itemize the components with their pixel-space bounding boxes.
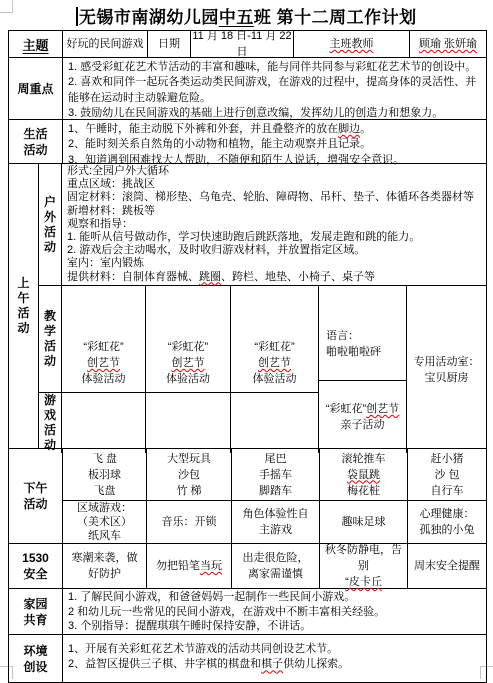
- environment-content[interactable]: 1、开展有关彩虹花艺术节游戏的活动共同创设艺术节。 2、益智区提供三子棋、井字棋…: [63, 635, 486, 682]
- safety-label: 1530安全: [22, 550, 49, 582]
- week-focus-line: 2. 喜欢和同伴一起玩各类运动类民间游戏，在游戏的过程中，提高身体的灵活性、并能…: [68, 75, 481, 106]
- activity-line: “彩虹花”: [254, 339, 294, 355]
- environment-label-line: 创设: [23, 659, 47, 675]
- afternoon-block: 下午活动 飞 盘 板羽球 飞盘 大型玩具 沙包 竹 梯 尾巴: [9, 449, 486, 544]
- outdoor-line: 新增材料：跳板等: [67, 205, 481, 218]
- text-cursor: [76, 7, 78, 26]
- teacher-names-cell[interactable]: 顾瑜 张妍瑜: [410, 31, 486, 57]
- outdoor-line9-wavy: 跳圈: [199, 271, 221, 283]
- activity-line: 纸风车: [88, 529, 121, 543]
- title-class-underlined: 中五: [219, 8, 254, 27]
- activity-line: 创艺节: [258, 355, 291, 371]
- life-label: 生活活动: [22, 126, 50, 158]
- equipment-item: 沙包: [178, 467, 200, 483]
- teaching-game-block: 教学活动 游戏活动 “彩虹花” 创艺节 体验活动: [39, 286, 486, 453]
- equipment-item: 脚踏车: [259, 483, 292, 499]
- afternoon-label-line: 下午: [23, 480, 47, 496]
- teaching-monday-cell[interactable]: “彩虹花” 创艺节 体验活动: [62, 286, 145, 393]
- parent-activity-wavy: 创艺节: [366, 403, 399, 415]
- activity-line: （美术区）: [77, 515, 132, 529]
- environment-row: 环境创设 1、开展有关彩虹花艺术节游戏的活动共同创设艺术节。 2、益智区提供三子…: [9, 635, 486, 682]
- activity-line: “彩虹花”: [168, 339, 208, 355]
- header-row: 主题 好玩的民间游戏 日期 11 月 18 日-11 月 22 日 主班教师 顾…: [9, 31, 486, 58]
- afternoon-label: 下午活动: [23, 480, 47, 512]
- home-row: 家园共育 1. 了解民间小游戏，和爸爸妈妈一起制作一些民间小游戏。 2 和幼儿玩…: [9, 589, 486, 635]
- safety-topic-wavy: 当玩: [200, 560, 222, 572]
- afternoon-r1-col1[interactable]: 飞 盘 板羽球 飞盘: [63, 449, 147, 500]
- afternoon-row2: 区域游戏： （美术区） 纸风车 音乐：开锁 角色体验性自主游戏 趣味足球 心理健…: [63, 501, 486, 543]
- equipment-item: 袋鼠跳: [347, 467, 380, 483]
- work-plan-table: 主题 好玩的民间游戏 日期 11 月 18 日-11 月 22 日 主班教师 顾…: [8, 30, 487, 683]
- outdoor-line: 固定材料：滚筒、梯形垫、乌龟壳、轮胎、障碍物、吊杆、垫子、体循环各类器材等: [67, 191, 481, 204]
- life-row: 生活活动 1、午睡时，能主动脱下外裤和外套，并且叠整齐的放在脚边。 2、能时刻关…: [9, 120, 486, 164]
- safety-topic-pre: 勿把铅笔: [156, 560, 200, 572]
- life-line1-pre: 1、午睡时，能主动脱下外裤和外套，并且叠整齐的放在: [68, 123, 338, 135]
- activity-line: 角色体验性自主游戏: [240, 506, 311, 538]
- equipment-item: 竹 梯: [176, 483, 201, 499]
- home-line: 2 和幼儿玩一些常见的民间小游戏，在游戏中不断丰富相关经验。: [68, 605, 481, 620]
- safety-col5[interactable]: 周末安全提醒: [408, 544, 486, 588]
- safety-topic: 出走很危险，离家需谨慎: [240, 550, 311, 582]
- equipment-item: 大型玩具: [167, 451, 211, 467]
- special-room-line: 专用活动室：: [414, 354, 480, 370]
- equipment-item: 板羽球: [88, 467, 121, 483]
- activity-line: 音乐：开锁: [162, 514, 217, 530]
- activity-line: 体验活动: [82, 371, 126, 387]
- afternoon-r2-col1[interactable]: 区域游戏： （美术区） 纸风车: [63, 501, 147, 543]
- game-tuesday-cell[interactable]: [146, 393, 230, 453]
- activity-line: 体验活动: [166, 371, 210, 387]
- afternoon-r1-col2[interactable]: 大型玩具 沙包 竹 梯: [147, 449, 232, 500]
- equipment-item: 沙 包: [434, 467, 459, 483]
- environment-label-line: 环境: [23, 643, 47, 659]
- week-focus-line: 1. 感受彩虹花艺术节活动的丰富和趣味，能与同伴共同参与彩虹花艺术节的创设中。: [68, 60, 481, 75]
- game-wednesday-cell[interactable]: [231, 393, 318, 453]
- outdoor-line: 1. 能听从信号做动作，学习快速助跑后跳跃落地，发展走跑和跳的能力。: [67, 231, 481, 244]
- life-line1-post: 。: [360, 123, 371, 135]
- equipment-item: 梅花桩: [347, 483, 380, 499]
- language-label: 语言：: [326, 328, 406, 344]
- teacher-label: 主班教师: [330, 36, 374, 52]
- home-content[interactable]: 1. 了解民间小游戏，和爸爸妈妈一起制作一些民间小游戏。 2 和幼儿玩一些常见的…: [63, 589, 486, 634]
- outdoor-line: 提供材料：自制体育器械、跳圈、跨栏、地垫、小椅子、桌子等: [67, 271, 481, 284]
- environment-line2-pre: 2、益智区提供三子棋、井字棋的棋盘和: [68, 658, 261, 670]
- parent-activity-line: “彩虹花”创艺节: [326, 401, 399, 417]
- home-label-cell[interactable]: 家园共育: [9, 589, 63, 634]
- language-activity: 啪啦啪啦砰: [326, 344, 406, 360]
- outdoor-line: 形式:全园户外大循环: [67, 165, 481, 178]
- parent-activity-pre: “彩虹花”: [326, 403, 366, 415]
- week-focus-label: 周重点: [17, 80, 53, 97]
- theme-label: 主题: [22, 35, 48, 54]
- outdoor-row: 户外活动 形式:全园户外大循环 重点区域：挑战区 固定材料：滚筒、梯形垫、乌龟壳…: [39, 164, 486, 286]
- teaching-language-cell[interactable]: 语言： 啪啦啪啦砰: [319, 286, 406, 381]
- week-focus-row: 周重点 1. 感受彩虹花艺术节活动的丰富和趣味，能与同伴共同参与彩虹花艺术节的创…: [9, 58, 486, 120]
- title-post: 班 第十二周工作计划: [254, 8, 417, 27]
- date-value: 11 月 18 日-11 月 22 日: [191, 28, 293, 60]
- safety-topic: 周末安全提醒: [414, 558, 480, 574]
- safety-label-line: 安全: [23, 566, 47, 582]
- afternoon-r1-col5[interactable]: 赶小猪 沙 包 自行车: [408, 449, 486, 500]
- afternoon-r2-col3[interactable]: 角色体验性自主游戏: [232, 501, 320, 543]
- outdoor-label: 户外活动: [44, 195, 57, 255]
- equipment-item: 滚轮推车: [342, 451, 386, 467]
- date-label-cell[interactable]: 日期: [148, 31, 191, 57]
- environment-label: 环境创设: [23, 643, 47, 675]
- life-label-cell[interactable]: 生活活动: [9, 120, 63, 163]
- activity-line: 创艺节: [172, 355, 205, 371]
- document-page: 无锡市南湖幼儿园中五班 第十二周工作计划 主题 好玩的民间游戏 日期 11 月 …: [0, 0, 493, 683]
- game-parent-activity-cell[interactable]: “彩虹花”创艺节 亲子活动: [319, 381, 406, 453]
- environment-label-cell[interactable]: 环境创设: [9, 635, 63, 682]
- afternoon-r2-col4[interactable]: 趣味足球: [320, 501, 408, 543]
- theme-value-cell[interactable]: 好玩的民间游戏: [63, 31, 148, 57]
- teaching-wednesday-cell[interactable]: “彩虹花” 创艺节 体验活动: [231, 286, 318, 393]
- life-line: 1、午睡时，能主动脱下外裤和外套，并且叠整齐的放在脚边。: [68, 122, 481, 137]
- activity-line: 趣味足球: [342, 514, 386, 530]
- morning-label-cell[interactable]: 上午活动: [9, 164, 39, 448]
- home-label-line: 共育: [23, 612, 47, 628]
- equipment-item: 手摇车: [259, 467, 292, 483]
- safety-label-line: 1530: [22, 550, 49, 566]
- safety-topic: 秋冬防静电，告别: [320, 542, 407, 574]
- life-content[interactable]: 1、午睡时，能主动脱下外裤和外套，并且叠整齐的放在脚边。 2、能时刻关系自然角的…: [63, 120, 486, 163]
- safety-col3[interactable]: 出走很危险，离家需谨慎: [232, 544, 320, 588]
- outdoor-line: 室内：室内锻炼: [67, 257, 481, 270]
- safety-col2[interactable]: 勿把铅笔当玩: [147, 544, 232, 588]
- outdoor-line: 2. 游戏后会主动喝水，及时收归游戏材料，并放置指定区域。: [67, 244, 481, 257]
- life-line1-wavy: 脚边: [338, 123, 360, 135]
- activity-line: “彩虹花”: [83, 339, 123, 355]
- game-monday-cell[interactable]: [62, 393, 145, 453]
- home-line: 3. 个别指导：提醒琪琪午睡时保持安静，不讲话。: [68, 619, 481, 634]
- theme-value: 好玩的民间游戏: [67, 36, 144, 52]
- equipment-item: 尾巴: [265, 451, 287, 467]
- activity-line: 心理健康：孤独的小兔: [416, 506, 478, 538]
- afternoon-r1-col3[interactable]: 尾巴 手摇车 脚踏车: [232, 449, 320, 500]
- parent-activity-line: 亲子活动: [341, 417, 385, 433]
- safety-col4[interactable]: 秋冬防静电，告别 “皮卡丘: [320, 544, 408, 588]
- equipment-item: 自行车: [431, 483, 464, 499]
- safety-row: 1530安全 寒潮来袭，做好防护 勿把铅笔当玩 出走很危险，离家需谨慎 秋冬防静…: [9, 544, 486, 589]
- afternoon-r2-col5[interactable]: 心理健康：孤独的小兔: [408, 501, 486, 543]
- home-label-line: 家园: [23, 596, 47, 612]
- outdoor-line: 观察和指导：: [67, 218, 481, 231]
- equipment-item: 飞 盘: [92, 451, 117, 467]
- date-value-cell[interactable]: 11 月 18 日-11 月 22 日: [191, 31, 294, 57]
- teaching-tuesday-cell[interactable]: “彩虹花” 创艺节 体验活动: [146, 286, 230, 393]
- title-pre: 无锡市南湖幼儿园: [79, 8, 219, 27]
- teacher-label-cell[interactable]: 主班教师: [294, 31, 410, 57]
- outdoor-line9-post: 、跨栏、地垫、小椅子、桌子等: [221, 271, 375, 283]
- teaching-label: 教学活动: [44, 309, 57, 369]
- environment-line2-wavy: 棋子: [261, 658, 283, 670]
- game-label-cell[interactable]: 游戏活动: [39, 393, 61, 453]
- outdoor-line: 重点区域：挑战区: [67, 178, 481, 191]
- activity-line: 区域游戏：: [77, 501, 132, 515]
- safety-topic: 寒潮来袭，做好防护: [71, 550, 138, 582]
- teacher-names: 顾瑜 张妍瑜: [419, 36, 477, 52]
- outdoor-label-cell[interactable]: 户外活动: [39, 164, 62, 285]
- environment-line2-post: 供幼儿探索。: [283, 658, 349, 670]
- afternoon-row1: 飞 盘 板羽球 飞盘 大型玩具 沙包 竹 梯 尾巴 手摇车 脚踏车: [63, 449, 486, 501]
- afternoon-r2-col2[interactable]: 音乐：开锁: [147, 501, 232, 543]
- home-line: 1. 了解民间小游戏，和爸爸妈妈一起制作一些民间小游戏。: [68, 590, 481, 605]
- afternoon-r1-col4[interactable]: 滚轮推车 袋鼠跳 梅花桩: [320, 449, 408, 500]
- special-room-cell[interactable]: 专用活动室： 宝贝厨房: [407, 286, 486, 453]
- activity-line: 创艺节: [87, 355, 120, 371]
- life-line: 2、能时刻关系自然角的小动物和植物，能主动观察并且记录。: [68, 137, 481, 152]
- game-label: 游戏活动: [44, 393, 57, 453]
- equipment-item: 赶小猪: [431, 451, 464, 467]
- teaching-label-cell[interactable]: 教学活动: [39, 286, 61, 393]
- equipment-item: 飞盘: [94, 483, 116, 499]
- week-focus-content[interactable]: 1. 感受彩虹花艺术节活动的丰富和趣味，能与同伴共同参与彩虹花艺术节的创设中。 …: [63, 58, 486, 119]
- theme-label-cell[interactable]: 主题: [9, 31, 63, 57]
- special-room-line: 宝贝厨房: [425, 370, 469, 386]
- morning-block: 上午活动 户外活动 形式:全园户外大循环 重点区域：挑战区 固定材料：滚筒、梯形…: [9, 164, 486, 449]
- date-label: 日期: [158, 36, 180, 52]
- environment-line: 1、开展有关彩虹花艺术节游戏的活动共同创设艺术节。: [68, 642, 481, 657]
- outdoor-content[interactable]: 形式:全园户外大循环 重点区域：挑战区 固定材料：滚筒、梯形垫、乌龟壳、轮胎、障…: [62, 164, 486, 285]
- morning-label: 上午活动: [17, 276, 30, 336]
- safety-topic: “皮卡丘: [345, 574, 382, 590]
- week-focus-label-cell[interactable]: 周重点: [9, 58, 63, 119]
- safety-label-cell[interactable]: 1530安全: [9, 544, 63, 588]
- afternoon-label-line: 活动: [23, 496, 47, 512]
- outdoor-line9-pre: 提供材料：自制体育器械、: [67, 271, 199, 283]
- safety-topic: 勿把铅笔当玩: [156, 558, 222, 574]
- safety-col1[interactable]: 寒潮来袭，做好防护: [63, 544, 147, 588]
- page-title[interactable]: 无锡市南湖幼儿园中五班 第十二周工作计划: [0, 3, 493, 28]
- activity-line: 体验活动: [253, 371, 297, 387]
- environment-line: 2、益智区提供三子棋、井字棋的棋盘和棋子供幼儿探索。: [68, 657, 481, 672]
- home-label: 家园共育: [23, 596, 47, 628]
- afternoon-label-cell[interactable]: 下午活动: [9, 449, 63, 543]
